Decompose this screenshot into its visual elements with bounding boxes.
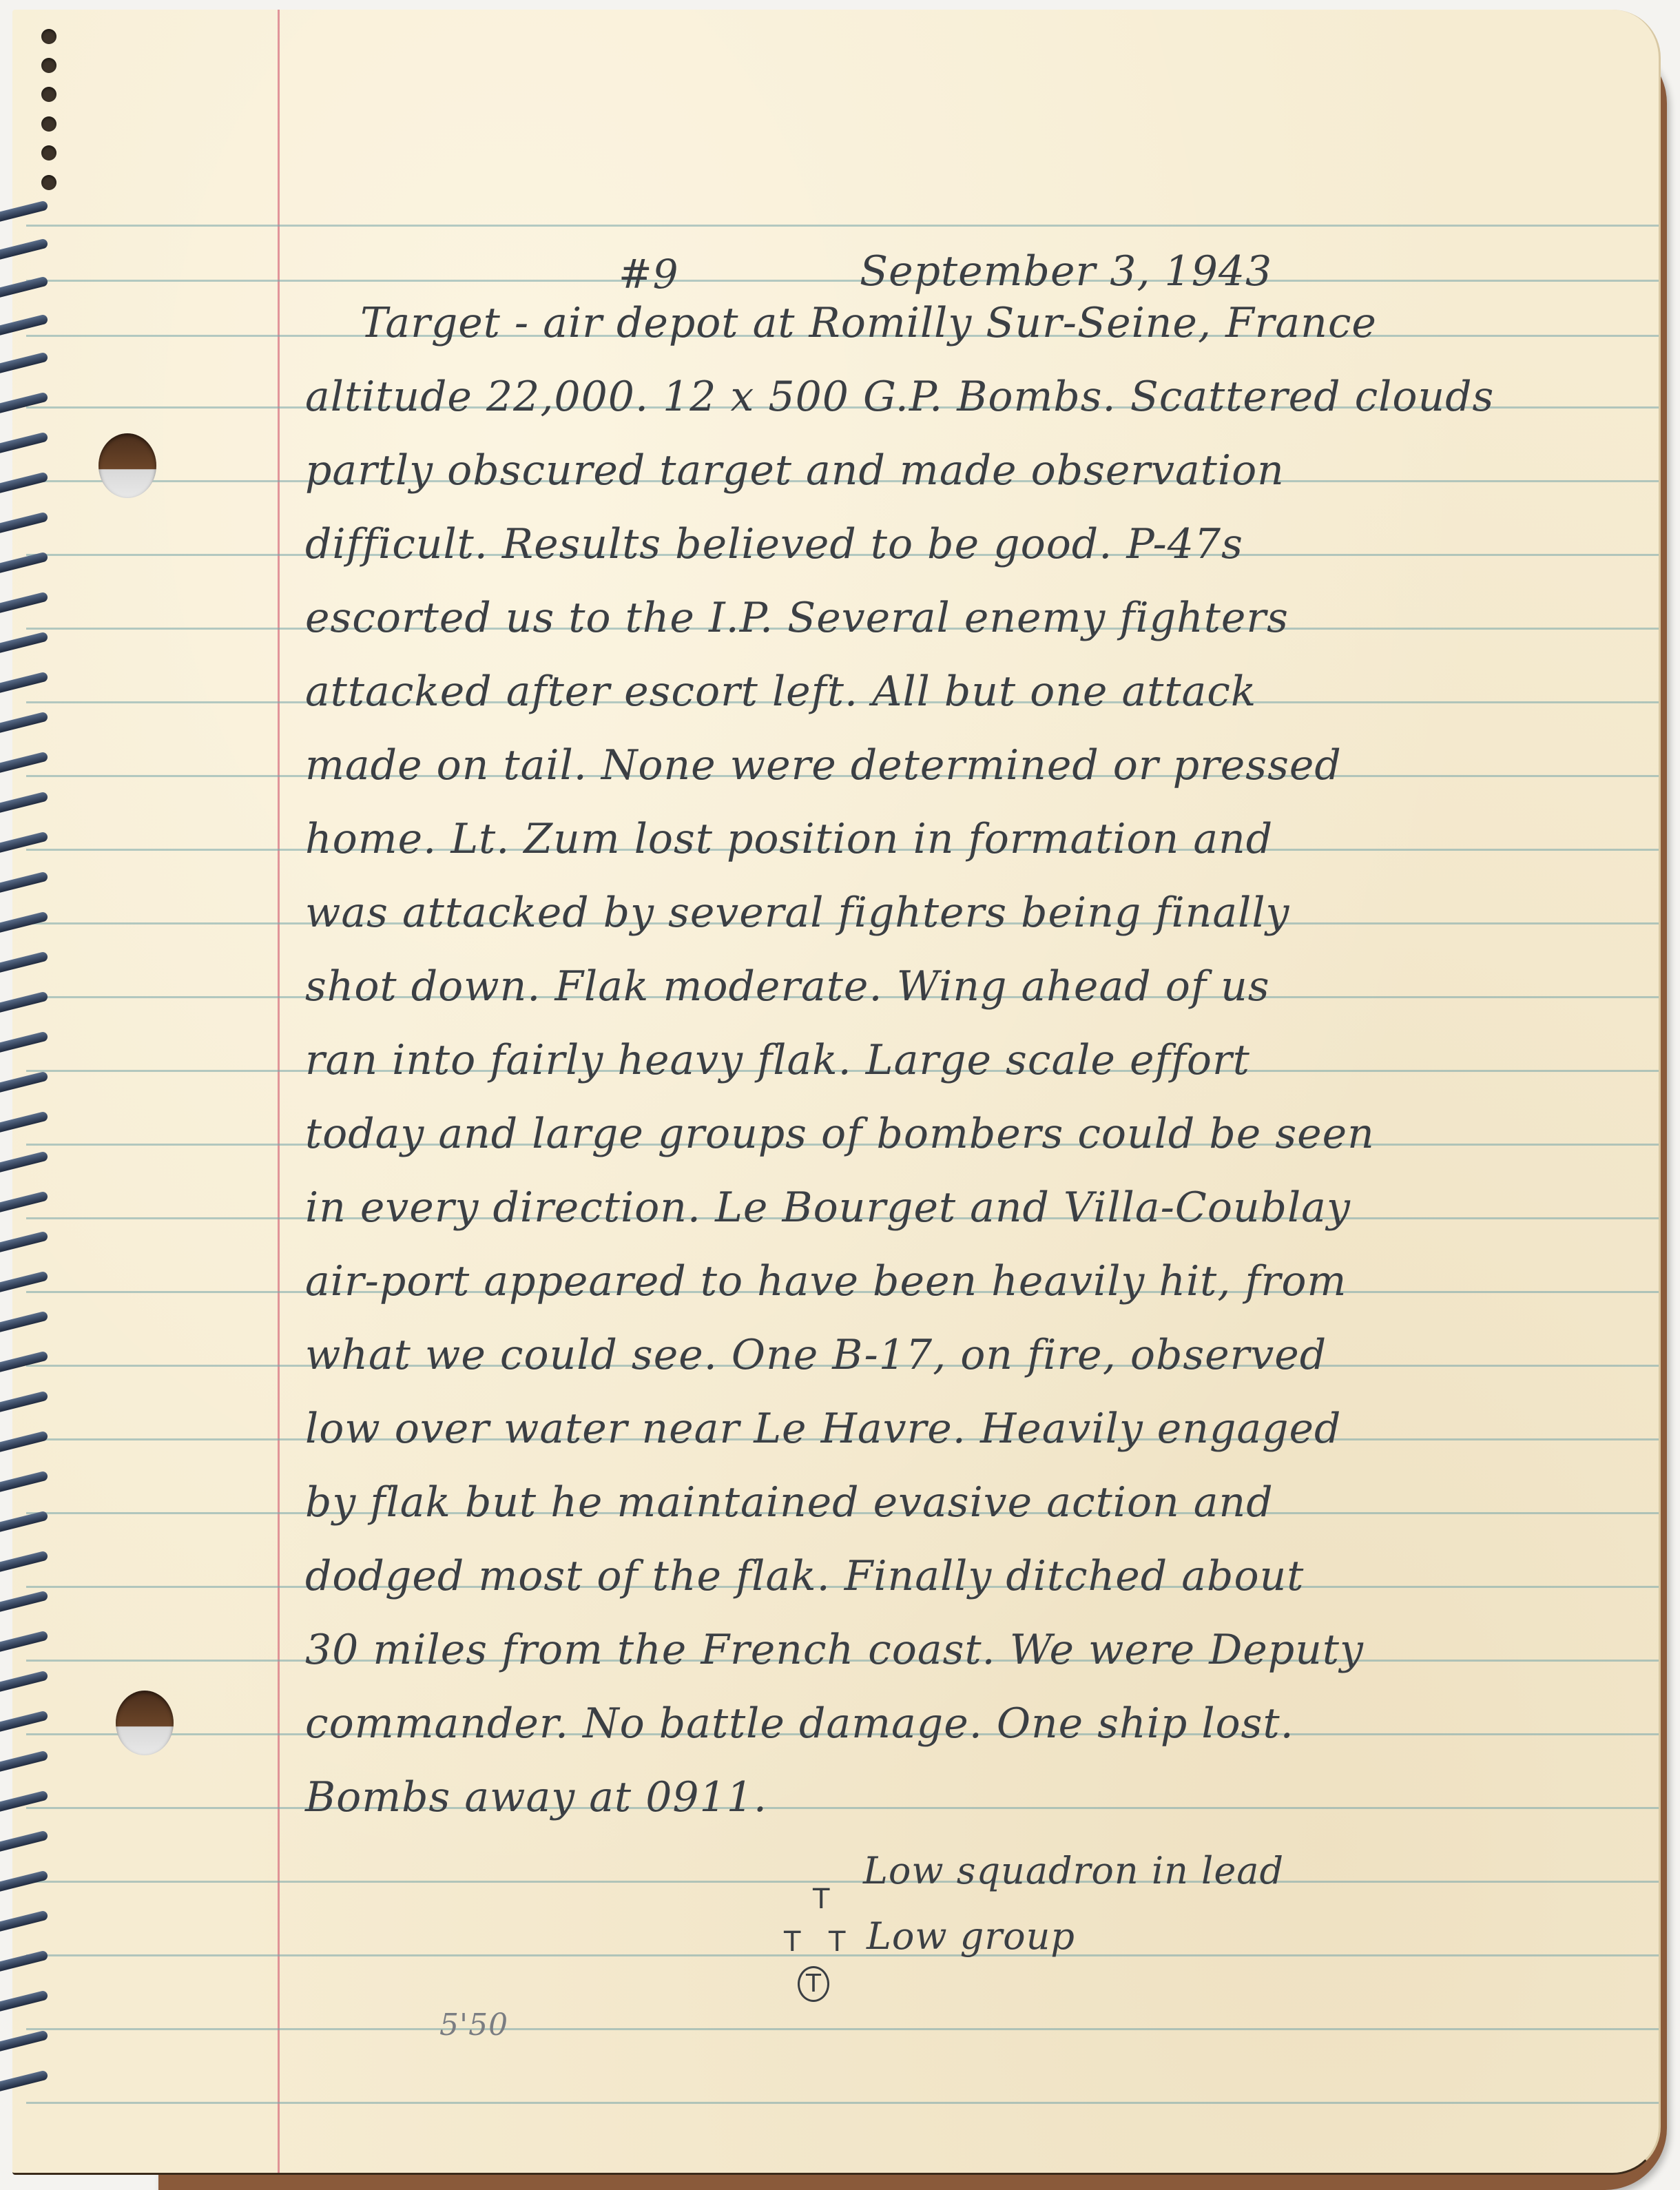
perforation	[41, 116, 56, 132]
entry-number: #9	[619, 251, 679, 298]
entry-date: September 3, 1943	[860, 247, 1272, 296]
margin-line	[278, 10, 280, 2173]
ruled-line	[26, 2028, 1659, 2030]
body-line: altitude 22,000. 12 x 500 G.P. Bombs. Sc…	[305, 373, 1494, 421]
binder-hole	[98, 433, 156, 498]
body-line: today and large groups of bombers could …	[305, 1110, 1375, 1158]
body-line: home. Lt. Zum lost position in formation…	[305, 815, 1273, 863]
perforation	[41, 58, 56, 73]
body-line: was attacked by several fighters being f…	[305, 889, 1289, 937]
body-line: ran into fairly heavy flak. Large scale …	[305, 1036, 1250, 1084]
ruled-line	[26, 1881, 1659, 1883]
body-line: 30 miles from the French coast. We were …	[305, 1626, 1364, 1674]
body-line: Target - air depot at Romilly Sur-Seine,…	[360, 299, 1377, 347]
pencil-note: 5'50	[439, 2007, 508, 2043]
ruled-line	[26, 280, 1659, 282]
ruled-line	[26, 225, 1659, 227]
body-line: dodged most of the flak. Finally ditched…	[305, 1552, 1304, 1600]
body-line: low over water near Le Havre. Heavily en…	[305, 1405, 1341, 1453]
ruled-line	[26, 1807, 1659, 1809]
body-line: shot down. Flak moderate. Wing ahead of …	[305, 962, 1270, 1011]
circled-mark: T	[798, 1966, 829, 2002]
body-line: commander. No battle damage. One ship lo…	[305, 1700, 1294, 1748]
formation-mark: T	[813, 1883, 829, 1915]
body-line: in every direction. Le Bourget and Villa…	[305, 1184, 1351, 1232]
body-line: by flak but he maintained evasive action…	[305, 1478, 1274, 1527]
body-line: air-port appeared to have been heavily h…	[305, 1257, 1347, 1305]
body-line: attacked after escort left. All but one …	[305, 668, 1256, 716]
binder-hole	[116, 1691, 174, 1755]
body-line: partly obscured target and made observat…	[305, 446, 1285, 495]
formation-mark: T	[829, 1926, 845, 1958]
notebook-page: #9 September 3, 1943 Target - air depot …	[12, 10, 1661, 2175]
body-line: made on tail. None were determined or pr…	[305, 741, 1342, 789]
formation-note-line2: Low group	[867, 1914, 1075, 1958]
formation-note-line1: Low squadron in lead	[863, 1849, 1284, 1892]
perforation	[41, 29, 56, 44]
formation-mark: T	[784, 1926, 800, 1958]
perforation	[41, 87, 56, 102]
body-line: what we could see. One B-17, on fire, ob…	[305, 1331, 1327, 1379]
perforation	[41, 175, 56, 190]
body-line: difficult. Results believed to be good. …	[305, 520, 1243, 568]
body-line: escorted us to the I.P. Several enemy fi…	[305, 594, 1289, 642]
body-line: Bombs away at 0911.	[305, 1773, 767, 1821]
ruled-line	[26, 2102, 1659, 2104]
perforation	[41, 145, 56, 161]
